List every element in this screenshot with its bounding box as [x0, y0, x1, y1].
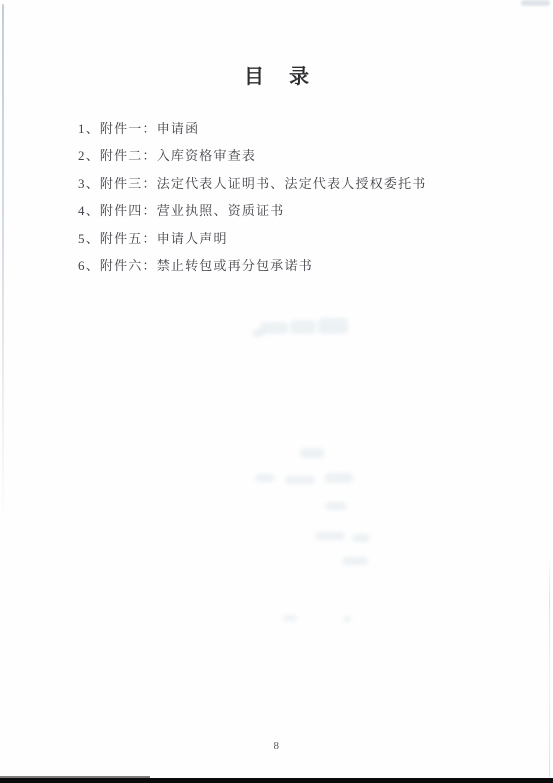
ink-bleed-artifact [318, 318, 348, 334]
ink-bleed-artifact [342, 557, 368, 565]
scan-smudge-top-right [521, 0, 550, 6]
toc-item: 2、附件二：入库资格审查表 [78, 142, 427, 169]
ink-bleed-artifact [315, 532, 345, 540]
ink-bleed-artifact [352, 534, 370, 542]
toc-item: 4、附件四：营业执照、资质证书 [78, 197, 427, 224]
ink-bleed-artifact [343, 616, 351, 622]
ink-bleed-artifact [255, 474, 275, 482]
ink-bleed-artifact [283, 615, 297, 621]
ink-bleed-artifact [285, 476, 315, 484]
page-number: 8 [0, 740, 553, 752]
toc-item: 3、附件三：法定代表人证明书、法定代表人授权委托书 [78, 170, 427, 197]
toc-item: 1、附件一：申请函 [78, 115, 427, 142]
page-title: 目 录 [0, 65, 553, 89]
ink-bleed-artifact [325, 473, 353, 483]
toc-item: 5、附件五：申请人声明 [78, 225, 427, 252]
scan-bottom-edge-artifact [0, 778, 553, 783]
toc-item: 6、附件六：禁止转包或再分包承诺书 [78, 252, 427, 279]
ink-bleed-artifact [300, 448, 324, 458]
ink-bleed-artifact [260, 322, 288, 334]
ink-bleed-artifact [325, 502, 347, 510]
scanned-document-page: 目 录 1、附件一：申请函 2、附件二：入库资格审查表 3、附件三：法定代表人证… [0, 0, 553, 783]
table-of-contents: 1、附件一：申请函 2、附件二：入库资格审查表 3、附件三：法定代表人证明书、法… [78, 115, 427, 279]
ink-bleed-artifact [290, 320, 316, 334]
